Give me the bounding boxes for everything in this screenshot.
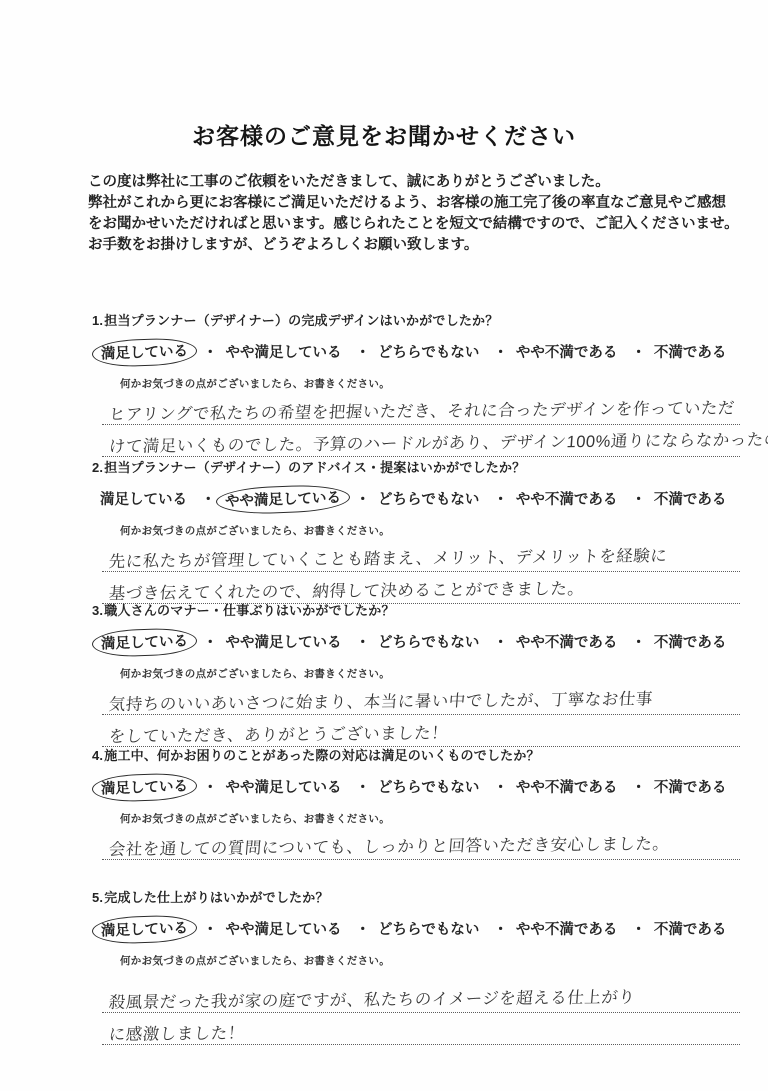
option-neutral: どちらでもない (374, 340, 483, 363)
option-neutral: どちらでもない (374, 487, 483, 510)
option-separator: ・ (631, 341, 646, 362)
scanned-survey-page: お客様のご意見をお聞かせください この度は弊社に工事のご依頼をいただきまして、誠… (0, 0, 768, 1091)
option-separator: ・ (203, 918, 218, 939)
question-block-5: 5.完成した仕上がりはいかがでしたか？ 満足している・やや満足している・どちらで… (92, 887, 752, 1045)
handwritten-comment: に感激しました！ (108, 1020, 246, 1045)
answer-area: 気持ちのいいあいさつに始まり、本当に暑い中でしたが、丁寧なお仕事 をしていただき… (102, 683, 740, 747)
intro-paragraph: この度は弊社に工事のご依頼をいただきまして、誠にありがとうございました。 弊社が… (88, 172, 753, 256)
option-satisfied: 満足している (92, 337, 198, 368)
question-block-1: 1.担当プランナー（デザイナー）の完成デザインはいかがでしたか？ 満足している・… (92, 310, 752, 457)
question-text: 完成した仕上がりはいかがでしたか？ (104, 890, 328, 905)
handwritten-comment: 先に私たちが管理していくことも踏まえ、メリット、デメリットを経験に (108, 542, 668, 572)
answer-line: 気持ちのいいあいさつに始まり、本当に暑い中でしたが、丁寧なお仕事 (102, 683, 740, 715)
handwritten-comment: ヒアリングで私たちの希望を把握いただき、それに合ったデザインを作っていただ (108, 394, 736, 425)
option-satisfied: 満足している (92, 627, 198, 658)
question-heading: 5.完成した仕上がりはいかがでしたか？ (92, 887, 752, 906)
answer-line: 会社を通しての質問についても、しっかりと回答いただき安心しました。 (102, 828, 740, 860)
option-somewhat-dissatisfied: やや不満である (512, 630, 622, 653)
option-dissatisfied: 不満である (650, 630, 731, 653)
question-heading: 1.担当プランナー（デザイナー）の完成デザインはいかがでしたか？ (92, 310, 752, 329)
option-satisfied: 満足している (96, 487, 191, 510)
handwritten-comment: をしていただき、ありがとうございました！ (108, 719, 449, 747)
option-somewhat-satisfied: やや満足している (222, 775, 346, 798)
question-text: 職人さんのマナー・仕事ぶりはいかがでしたか？ (104, 603, 394, 618)
comment-prompt: 何かお気づきの点がございましたら、お書きください。 (120, 376, 752, 391)
intro-line: お手数をお掛けしますが、どうぞよろしくお願い致します。 (88, 235, 753, 256)
option-satisfied: 満足している (92, 772, 198, 803)
question-heading: 3.職人さんのマナー・仕事ぶりはいかがでしたか？ (92, 600, 752, 619)
question-block-3: 3.職人さんのマナー・仕事ぶりはいかがでしたか？ 満足している・やや満足している… (92, 600, 752, 747)
handwritten-comment: 殺風景だった我が家の庭ですが、私たちのイメージを超える仕上がり (108, 983, 636, 1013)
question-block-2: 2.担当プランナー（デザイナー）のアドバイス・提案はいかがでしたか？ 満足してい… (92, 457, 752, 604)
handwritten-comment: けて満足いくものでした。予算のハードルがあり、デザイン100%通りにならなかった… (108, 425, 768, 457)
option-separator: ・ (356, 918, 371, 939)
answer-line: をしていただき、ありがとうございました！ (102, 715, 740, 747)
answer-area: 先に私たちが管理していくことも踏まえ、メリット、デメリットを経験に 基づき伝えて… (102, 540, 740, 604)
option-separator: ・ (493, 488, 508, 509)
option-separator: ・ (203, 631, 218, 652)
question-number: 2. (92, 460, 103, 475)
answer-area: 会社を通しての質問についても、しっかりと回答いただき安心しました。 (102, 828, 740, 860)
option-separator: ・ (493, 631, 508, 652)
option-separator: ・ (631, 631, 646, 652)
options-row: 満足している・やや満足している・どちらでもない・やや不満である・不満である (96, 340, 752, 364)
option-separator: ・ (356, 631, 371, 652)
option-separator: ・ (201, 488, 216, 509)
option-somewhat-dissatisfied: やや不満である (512, 917, 622, 940)
option-somewhat-satisfied: やや満足している (215, 484, 350, 516)
question-number: 1. (92, 313, 103, 328)
answer-line: けて満足いくものでした。予算のハードルがあり、デザイン100%通りにならなかった… (102, 425, 740, 457)
question-number: 5. (92, 890, 103, 905)
option-separator: ・ (631, 776, 646, 797)
form-title: お客様のご意見をお聞かせください (0, 118, 768, 151)
option-separator: ・ (203, 341, 218, 362)
answer-area: 殺風景だった我が家の庭ですが、私たちのイメージを超える仕上がり に感激しました！ (102, 970, 740, 1045)
option-somewhat-dissatisfied: やや不満である (512, 340, 622, 363)
options-row: 満足している・やや満足している・どちらでもない・やや不満である・不満である (96, 630, 752, 654)
option-somewhat-dissatisfied: やや不満である (512, 487, 622, 510)
option-separator: ・ (493, 341, 508, 362)
handwritten-comment: 会社を通しての質問についても、しっかりと回答いただき安心しました。 (108, 830, 670, 860)
comment-prompt: 何かお気づきの点がございましたら、お書きください。 (120, 666, 752, 681)
option-somewhat-satisfied: やや満足している (222, 917, 346, 940)
option-separator: ・ (203, 776, 218, 797)
intro-line: この度は弊社に工事のご依頼をいただきまして、誠にありがとうございました。 (88, 172, 753, 193)
question-heading: 2.担当プランナー（デザイナー）のアドバイス・提案はいかがでしたか？ (92, 457, 752, 476)
option-neutral: どちらでもない (374, 775, 483, 798)
handwritten-comment: 気持ちのいいあいさつに始まり、本当に暑い中でしたが、丁寧なお仕事 (108, 685, 654, 715)
intro-line: 弊社がこれから更にお客様にご満足いただけるよう、お客様の施工完了後の率直なご意見… (88, 193, 753, 214)
option-satisfied: 満足している (92, 914, 198, 945)
option-separator: ・ (493, 776, 508, 797)
answer-line: に感激しました！ (102, 1013, 740, 1045)
option-dissatisfied: 不満である (650, 487, 731, 510)
option-separator: ・ (631, 918, 646, 939)
answer-area: ヒアリングで私たちの希望を把握いただき、それに合ったデザインを作っていただ けて… (102, 393, 740, 457)
comment-prompt: 何かお気づきの点がございましたら、お書きください。 (120, 811, 752, 826)
options-row: 満足している・やや満足している・どちらでもない・やや不満である・不満である (96, 487, 752, 511)
options-row: 満足している・やや満足している・どちらでもない・やや不満である・不満である (96, 775, 752, 799)
question-heading: 4.施工中、何かお困りのことがあった際の対応は満足のいくものでしたか？ (92, 745, 752, 764)
option-neutral: どちらでもない (374, 917, 483, 940)
option-separator: ・ (493, 918, 508, 939)
option-dissatisfied: 不満である (650, 340, 731, 363)
options-row: 満足している・やや満足している・どちらでもない・やや不満である・不満である (96, 917, 752, 941)
question-number: 3. (92, 603, 103, 618)
question-text: 担当プランナー（デザイナー）の完成デザインはいかがでしたか？ (104, 313, 498, 328)
question-block-4: 4.施工中、何かお困りのことがあった際の対応は満足のいくものでしたか？ 満足して… (92, 745, 752, 860)
option-dissatisfied: 不満である (650, 775, 731, 798)
comment-prompt: 何かお気づきの点がございましたら、お書きください。 (120, 523, 752, 538)
intro-line: をお聞かせいただければと思います。感じられたことを短文で結構ですので、ご記入くだ… (88, 214, 753, 235)
option-somewhat-satisfied: やや満足している (222, 630, 346, 653)
question-text: 施工中、何かお困りのことがあった際の対応は満足のいくものでしたか？ (104, 748, 539, 763)
option-separator: ・ (631, 488, 646, 509)
question-text: 担当プランナー（デザイナー）のアドバイス・提案はいかがでしたか？ (104, 460, 525, 475)
option-somewhat-dissatisfied: やや不満である (512, 775, 622, 798)
answer-line: 殺風景だった我が家の庭ですが、私たちのイメージを超える仕上がり (102, 970, 740, 1013)
question-number: 4. (92, 748, 103, 763)
comment-prompt: 何かお気づきの点がございましたら、お書きください。 (120, 953, 752, 968)
option-separator: ・ (356, 776, 371, 797)
option-separator: ・ (356, 341, 371, 362)
option-separator: ・ (356, 488, 371, 509)
option-dissatisfied: 不満である (650, 917, 731, 940)
option-somewhat-satisfied: やや満足している (222, 340, 346, 363)
option-neutral: どちらでもない (374, 630, 483, 653)
answer-line: 先に私たちが管理していくことも踏まえ、メリット、デメリットを経験に (102, 540, 740, 572)
answer-line: ヒアリングで私たちの希望を把握いただき、それに合ったデザインを作っていただ (102, 393, 740, 425)
